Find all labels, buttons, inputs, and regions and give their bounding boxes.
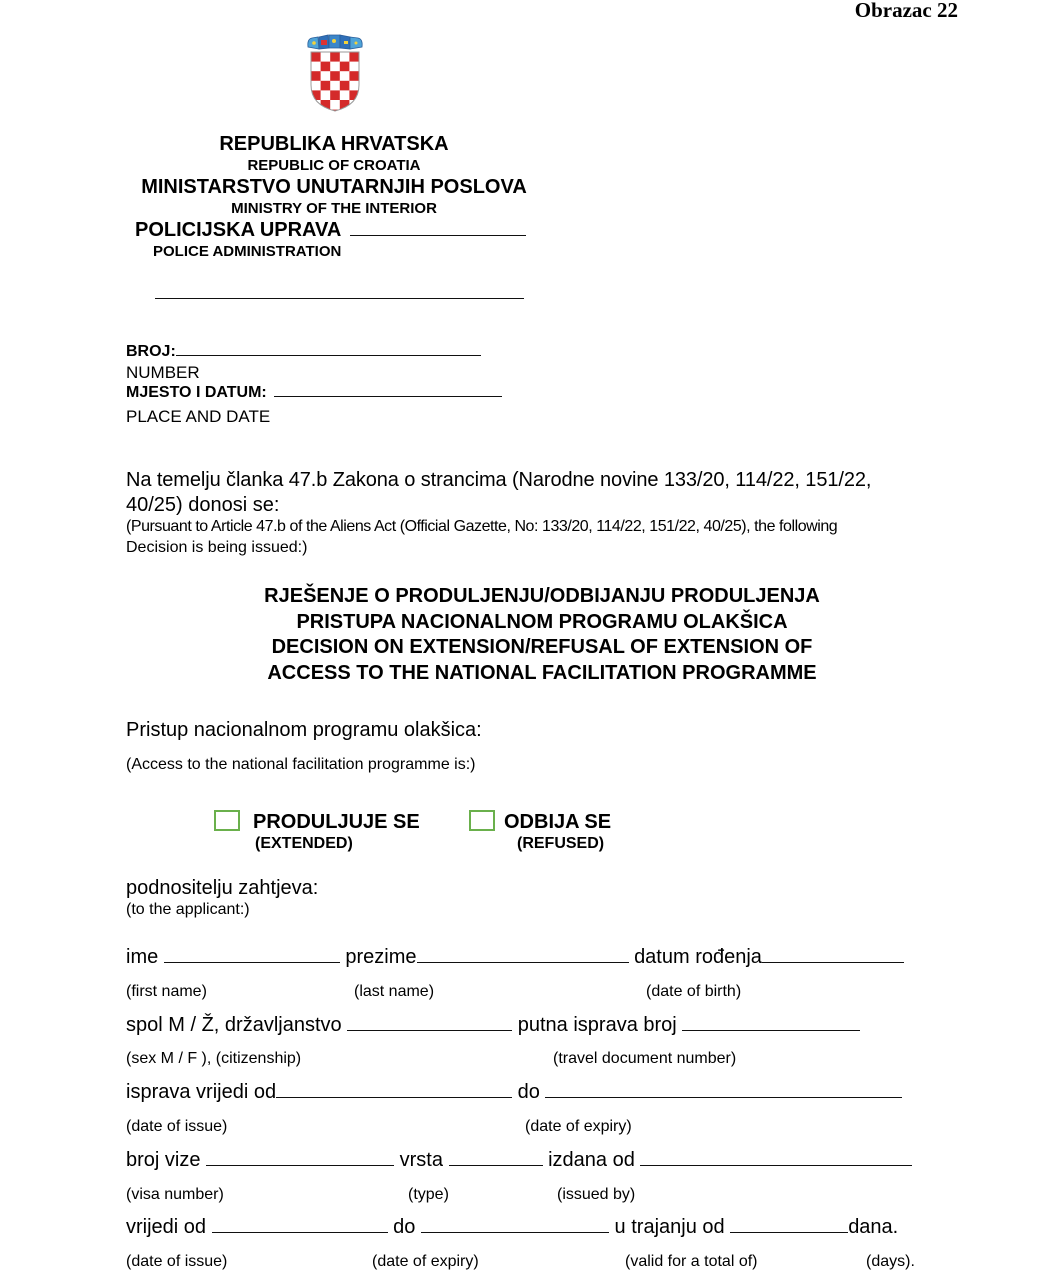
police-administration-label: POLICIJSKA UPRAVA [135,219,341,241]
decision-title: RJEŠENJE O PRODULJENJU/ODBIJANJU PRODULJ… [126,584,958,686]
visa-type-label: vrsta [400,1149,443,1171]
police-administration-label-en: POLICE ADMINISTRATION [153,243,341,260]
number-label-en: NUMBER [126,363,200,383]
doc-valid-to-field[interactable] [545,1097,902,1098]
number-field[interactable] [176,355,481,356]
country-heading-en: REPUBLIC OF CROATIA [126,157,542,174]
doc-valid-from-label: isprava vrijedi od [126,1081,276,1103]
coat-of-arms-icon [304,33,366,113]
police-administration-field[interactable] [350,235,526,236]
form-number: Obrazac 22 [855,0,958,23]
visa-number-label: broj vize [126,1149,200,1171]
days-label-en: (days). [866,1253,915,1271]
first-name-field[interactable] [164,962,340,963]
first-name-label: ime [126,946,158,968]
visa-valid-from-label-en: (date of issue) [126,1253,227,1271]
visa-valid-to-label: do [393,1216,415,1238]
place-date-field[interactable] [274,396,502,397]
issued-by-field[interactable] [640,1165,912,1166]
doc-valid-from-field[interactable] [276,1097,512,1098]
duration-label-en: (valid for a total of) [625,1253,758,1271]
first-name-label-en: (first name) [126,983,207,1001]
country-heading: REPUBLIKA HRVATSKA [126,133,542,156]
visa-valid-to-label-en: (date of expiry) [372,1253,479,1271]
visa-valid-from-label: vrijedi od [126,1216,206,1238]
last-name-label-en: (last name) [354,983,434,1001]
last-name-label: prezime [345,946,416,968]
place-date-label-en: PLACE AND DATE [126,407,270,427]
refused-option-label-en: (REFUSED) [517,835,604,853]
duration-field[interactable] [730,1232,848,1233]
decision-title-line1: RJEŠENJE O PRODULJENJU/ODBIJANJU PRODULJ… [126,584,958,610]
visa-number-label-en: (visa number) [126,1186,224,1204]
sex-citizenship-label: spol M / Ž, državljanstvo [126,1014,342,1036]
visa-number-field[interactable] [206,1165,394,1166]
visa-valid-to-field[interactable] [421,1232,609,1233]
access-label: Pristup nacionalnom programu olakšica: [126,719,482,742]
doc-valid-to-label-en: (date of expiry) [525,1118,632,1136]
ministry-heading-en: MINISTRY OF THE INTERIOR [126,200,542,217]
access-label-en: (Access to the national facilitation pro… [126,756,475,774]
days-label: dana. [848,1216,898,1238]
applicant-label-en: (to the applicant:) [126,901,250,919]
legal-basis-en-line1: (Pursuant to Article 47.b of the Aliens … [126,518,837,536]
decision-title-line4: ACCESS TO THE NATIONAL FACILITATION PROG… [126,661,958,687]
legal-basis-hr-line1: Na temelju članka 47.b Zakona o strancim… [126,469,871,492]
applicant-label: podnositelju zahtjeva: [126,877,318,900]
place-date-label: MJESTO I DATUM: [126,384,267,401]
police-unit-field[interactable] [155,298,524,299]
visa-type-label-en: (type) [408,1186,449,1204]
doc-valid-from-label-en: (date of issue) [126,1118,227,1136]
extended-option-label: PRODULJUJE SE [253,811,420,834]
extended-option-label-en: (EXTENDED) [255,835,353,853]
extended-checkbox[interactable] [214,810,240,831]
last-name-field[interactable] [417,962,629,963]
visa-type-field[interactable] [449,1165,543,1166]
travel-document-label-en: (travel document number) [553,1050,736,1068]
doc-valid-to-label: do [518,1081,540,1103]
dob-label: datum rođenja [634,946,762,968]
citizenship-field[interactable] [347,1030,512,1031]
travel-document-field[interactable] [682,1030,860,1031]
refused-checkbox[interactable] [469,810,495,831]
visa-valid-from-field[interactable] [212,1232,388,1233]
dob-label-en: (date of birth) [646,983,741,1001]
ministry-heading: MINISTARSTVO UNUTARNJIH POSLOVA [126,176,542,199]
decision-title-line3: DECISION ON EXTENSION/REFUSAL OF EXTENSI… [126,635,958,661]
number-label: BROJ: [126,343,176,360]
dob-field[interactable] [762,962,904,963]
refused-option-label: ODBIJA SE [504,811,611,834]
issued-by-label: izdana od [548,1149,635,1171]
issued-by-label-en: (issued by) [557,1186,635,1204]
travel-document-label: putna isprava broj [518,1014,677,1036]
decision-title-line2: PRISTUPA NACIONALNOM PROGRAMU OLAKŠICA [126,610,958,636]
legal-basis-hr-line2: 40/25) donosi se: [126,494,279,517]
legal-basis-en-line2: Decision is being issued:) [126,539,307,557]
sex-citizenship-label-en: (sex M / F ), (citizenship) [126,1050,301,1068]
duration-label: u trajanju od [615,1216,725,1238]
